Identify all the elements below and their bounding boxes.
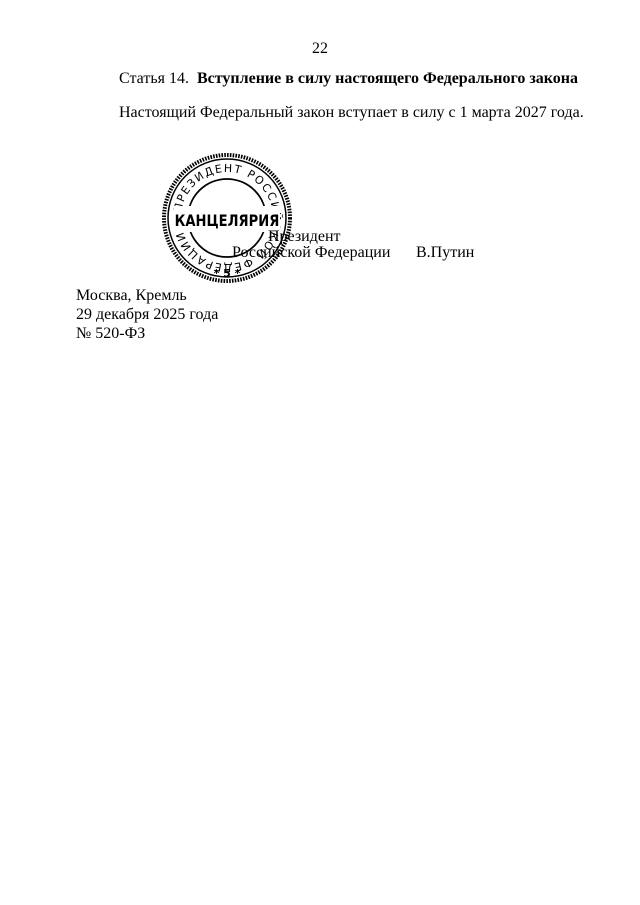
law-number: № 520-ФЗ	[76, 324, 218, 343]
stamp-bottom-text: * 5 *	[214, 267, 241, 280]
stamp-center-text: КАНЦЕЛЯРИЯ	[175, 212, 280, 231]
article-heading: Статья 14.Вступление в силу настоящего Ф…	[119, 70, 578, 88]
signing-place: Москва, Кремль	[76, 286, 218, 305]
article-number: Статья 14.	[119, 70, 189, 87]
signing-date: 29 декабря 2025 года	[76, 305, 218, 324]
page-number: 22	[0, 40, 640, 58]
signing-details: Москва, Кремль 29 декабря 2025 года № 52…	[76, 286, 218, 343]
chancellery-stamp: ПРЕЗИДЕНТ РОССИЙСКОЙ ФЕДЕРАЦИИ * 5 * КАН…	[160, 151, 294, 285]
article-title: Вступление в силу настоящего Федеральног…	[197, 70, 578, 87]
signatory-title-line2: Российской Федерации	[232, 244, 390, 262]
signatory-name: В.Путин	[416, 244, 474, 262]
article-text: Настоящий Федеральный закон вступает в с…	[119, 104, 584, 122]
